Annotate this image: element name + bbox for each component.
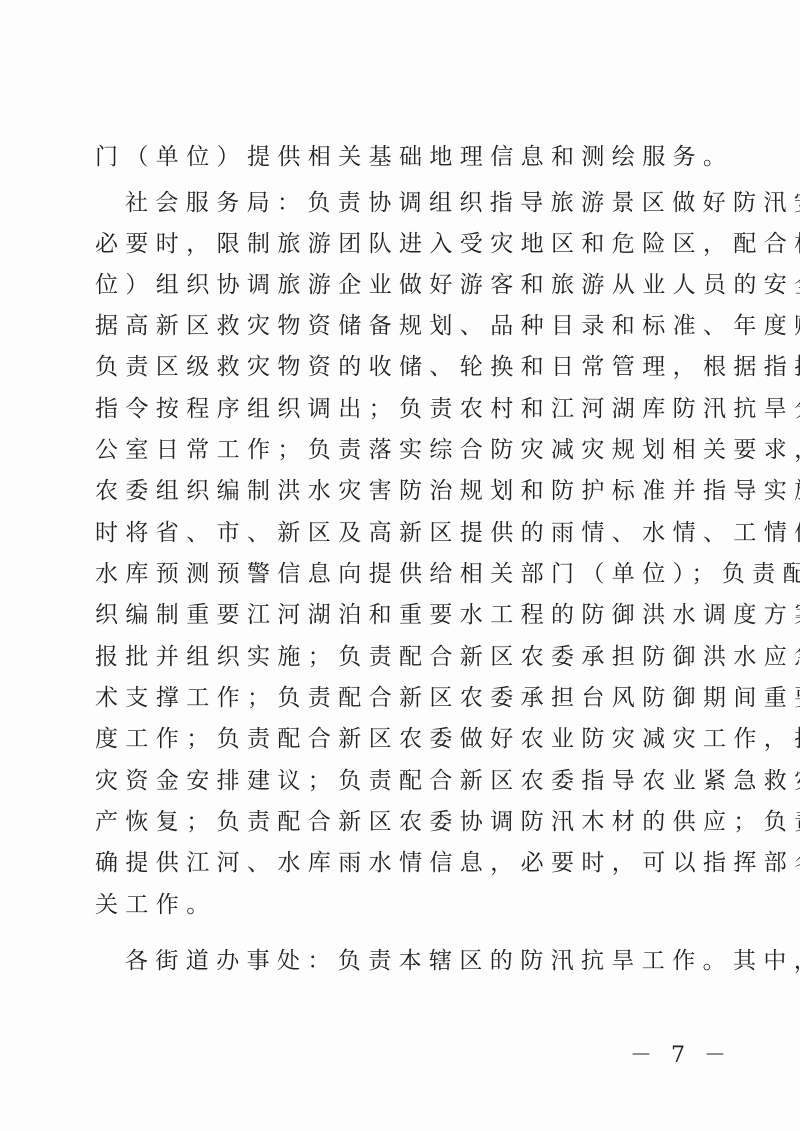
text-line-4: 位）组织协调旅游企业做好游客和旅游从业人员的安全撤离；根 [95,270,710,300]
text-line-3: 必要时，限制旅游团队进入受灾地区和危险区，配合相关部门（单 [95,229,710,259]
text-line-12: 织编制重要江河湖泊和重要水工程的防御洪水调度方案，按程序 [95,600,710,630]
page-number: － 7 － [630,1038,732,1069]
text-line-1: 门（单位）提供相关基础地理信息和测绘服务。 [95,142,710,172]
text-line-15: 度工作；负责配合新区农委做好农业防灾减灾工作，提出生产救 [95,724,710,754]
text-line-17: 产恢复；负责配合新区农委协调防汛木材的供应；负责及时、准 [95,807,710,837]
document-page: 门（单位）提供相关基础地理信息和测绘服务。 社会服务局：负责协调组织指导旅游景区… [0,0,800,1131]
paragraph-street-offices: 各街道办事处：负责本辖区的防汛抗旱工作。其中，硅谷街 [125,948,800,974]
text-line-13: 报批并组织实施；负责配合新区农委承担防御洪水应急抢险的技 [95,642,710,672]
text-line-14: 术支撑工作；负责配合新区农委承担台风防御期间重要水工程调 [95,683,710,713]
text-line-2-paragraph-start: 社会服务局：负责协调组织指导旅游景区做好防汛安全工作， [125,188,740,218]
text-line-11: 水库预测预警信息向提供给相关部门（单位）；负责配合新区组 [95,559,710,589]
text-line-19: 关工作。 [95,890,710,920]
text-line-8: 公室日常工作；负责落实综合防灾减灾规划相关要求，配合新区 [95,435,710,465]
text-line-16: 灾资金安排建议；负责配合新区农委指导农业紧急救灾和灾后生 [95,766,710,796]
text-line-20-paragraph-start: 各街道办事处：负责本辖区的防汛抗旱工作。其中，硅谷街 [125,946,740,976]
text-line-7: 指令按程序组织调出；负责农村和江河湖库防汛抗旱分指挥部办 [95,394,710,424]
text-line-10: 时将省、市、新区及高新区提供的雨情、水情、工情信息和江河、 [95,518,710,548]
text-line-5: 据高新区救灾物资储备规划、品种目录和标准、年度购置计划， [95,311,710,341]
text-line-6: 负责区级救灾物资的收储、轮换和日常管理，根据指挥部的动用 [95,352,710,382]
text-line-9: 农委组织编制洪水灾害防治规划和防护标准并指导实施；负责及 [95,476,710,506]
text-line-18: 确提供江河、水库雨水情信息，必要时，可以指挥部名义调度相 [95,848,710,878]
paragraph-social-services: 社会服务局：负责协调组织指导旅游景区做好防汛安全工作， [125,190,800,216]
